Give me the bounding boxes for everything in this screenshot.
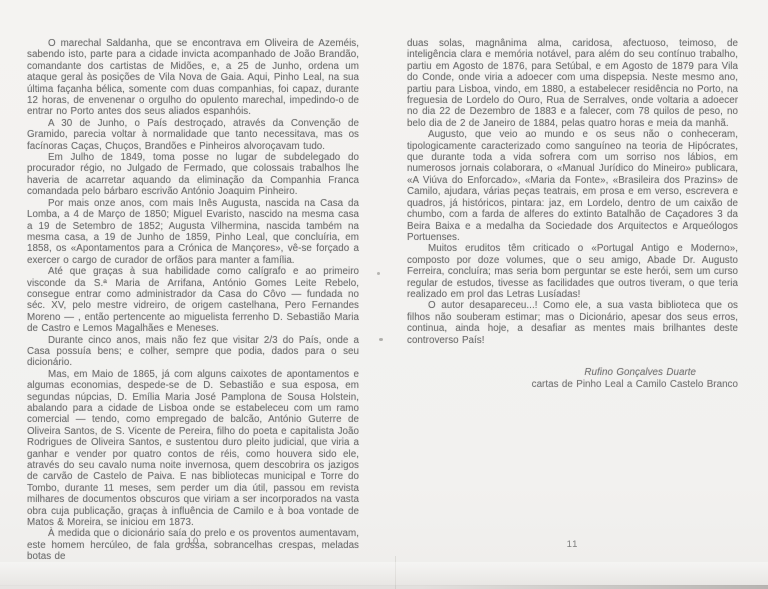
paragraph: Durante cinco anos, mais não fez que vis…	[27, 335, 359, 369]
page-bottom-highlight	[0, 562, 768, 586]
paragraph: Em Julho de 1849, toma posse no lugar de…	[27, 152, 359, 198]
right-page-text-column: duas solas, magnânima alma, caridosa, af…	[407, 38, 738, 392]
paragraph: Mas, em Maio de 1865, já com alguns caix…	[27, 369, 359, 529]
scan-dust-speck	[377, 272, 380, 275]
paragraph: Por mais onze anos, com mais Inês August…	[27, 198, 359, 266]
book-spread-scan: O marechal Saldanha, que se encontrava e…	[0, 0, 768, 589]
left-page-text-column: O marechal Saldanha, que se encontrava e…	[27, 38, 359, 563]
signature-block: Rufino Gonçalves Duarte cartas de Pinho …	[407, 367, 738, 392]
paragraph: Muitos eruditos têm criticado o «Portuga…	[407, 243, 738, 300]
paragraph: O marechal Saldanha, que se encontrava e…	[27, 38, 359, 118]
paragraph: Augusto, que veio ao mundo e os seus não…	[407, 129, 738, 243]
page-number-right: 11	[407, 539, 738, 550]
paragraph: Até que graças à sua habilidade como cal…	[27, 266, 359, 334]
paragraph: duas solas, magnânima alma, caridosa, af…	[407, 38, 738, 129]
paragraph: O autor desapareceu...! Como ele, a sua …	[407, 300, 738, 346]
signature-source: cartas de Pinho Leal a Camilo Castelo Br…	[407, 379, 738, 392]
page-number-left: 10	[27, 536, 359, 547]
signature-author: Rufino Gonçalves Duarte	[407, 367, 696, 380]
page-bottom-edge-shadow	[0, 585, 768, 589]
paragraph: A 30 de Junho, o País destroçado, atravé…	[27, 118, 359, 152]
scan-dust-speck	[379, 338, 383, 341]
